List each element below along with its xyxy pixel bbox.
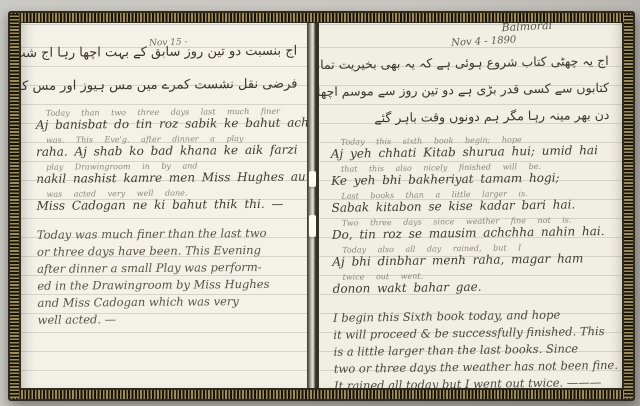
- cover-band-left: [10, 14, 19, 398]
- english-line: ed in the Drawingroom by Miss Hughes: [37, 276, 299, 295]
- open-pages: Nov 15 - اج بنسبت دو تین روز سابق کے بہت…: [21, 23, 622, 388]
- gutter-tab: [309, 215, 316, 237]
- transliteration-line: Ke yeh bhi bakheriyat tamam hogi;: [331, 170, 610, 188]
- diary-book: Nov 15 - اج بنسبت دو تین روز سابق کے بہت…: [8, 11, 635, 401]
- transliteration-line: Aj yeh chhati Kitab shurua hui; umid hai: [331, 143, 610, 161]
- urdu-line: فرضی نقل نشست کمرے میں مس ہیوز اور مس کڈ…: [35, 68, 297, 103]
- transliteration-line: Aj banisbat do tin roz sabik ke bahut ac…: [36, 116, 298, 132]
- transliteration-line: raha. Aj shab ko bad khana ke aik farzi: [36, 143, 298, 159]
- cover-band-bottom: [11, 390, 632, 399]
- transliteration-line: Sabak kitabon se kise kadar bari hai.: [331, 197, 610, 215]
- photo-backdrop: Nov 15 - اج بنسبت دو تین روز سابق کے بہت…: [0, 0, 640, 406]
- urdu-line: کتابوں سے کسی قدر بڑی ہے دو تین روز سے م…: [330, 74, 609, 105]
- cover-band-top: [11, 13, 632, 22]
- urdu-line: دن بھر مینہ رہا مگر ہم دونوں وقت باہر گئ…: [330, 101, 609, 132]
- transliteration-line: Miss Cadogan ne ki bahut thik thi. —: [37, 197, 299, 213]
- left-page: Nov 15 - اج بنسبت دو تین روز سابق کے بہت…: [21, 23, 307, 388]
- urdu-line: اج بنسبت دو تین روز سابق کے بہت اچھا رہا…: [35, 35, 297, 70]
- transliteration-line: Do, tin roz se mausim achchha nahin hai.: [332, 224, 611, 242]
- transliteration-line: Aj bhi dinbhar menh raha, magar ham: [332, 251, 611, 269]
- cover-band-right: [624, 14, 633, 398]
- transliteration-line: nakil nashist kamre men Miss Hughes aur: [36, 170, 298, 186]
- gutter-tab: [309, 171, 316, 187]
- english-line: well acted. —: [38, 310, 300, 329]
- page-gutter: [307, 23, 319, 388]
- transliteration-line: donon wakt bahar gae.: [333, 278, 612, 296]
- right-page: Balmoral Nov 4 - 1890 اج یہ چھٹی کتاب شر…: [319, 23, 622, 388]
